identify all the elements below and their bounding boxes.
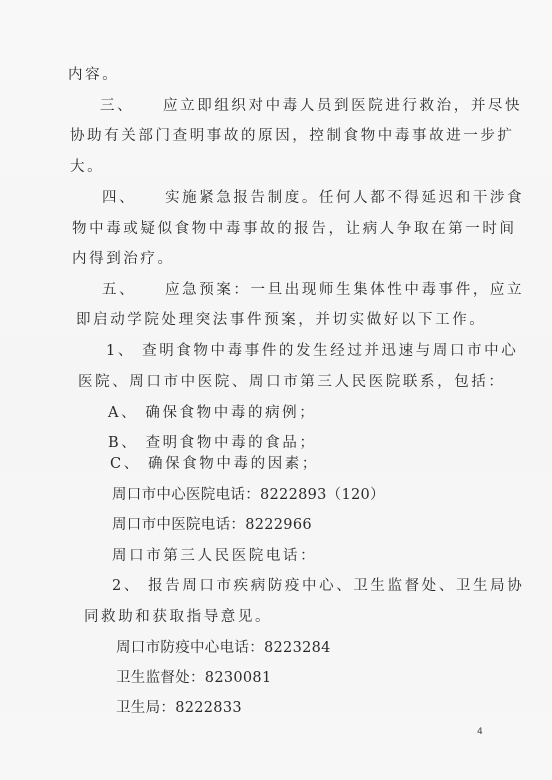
phone-central-hospital: 周口市中心医院电话：8222893（120）	[112, 486, 385, 504]
list-item-a: A、 确保食物中毒的病例；	[108, 404, 316, 422]
text-line: 大。	[70, 158, 104, 176]
list-item-2: 2、 报告周口市疾病防疫中心、卫生监督处、卫生局协	[112, 577, 524, 595]
text-line: 即启动学院处理突法事件预案，并切实做好以下工作。	[76, 311, 486, 329]
text-line: 物中毒或疑似食物中毒事故的报告，让病人争取在第一时间	[72, 220, 517, 238]
text-line: 内容。	[68, 66, 119, 84]
section-heading-4: 四、 实施紧急报告制度。任何人都不得延迟和干涉食	[102, 189, 524, 207]
text-line: 同救助和获取指导意见。	[84, 608, 272, 626]
section-heading-5: 五、 应急预案：一旦出现师生集体性中毒事件，应立	[102, 281, 524, 299]
phone-health-supervision: 卫生监督处：8230081	[116, 669, 271, 687]
phone-health-bureau: 卫生局：8222833	[116, 699, 242, 717]
text-line: 协助有关部门查明事故的原因，控制食物中毒事故进一步扩	[70, 127, 515, 145]
text-line: 医院、周口市中医院、周口市第三人民医院联系，包括：	[78, 373, 506, 391]
section-heading-3: 三、 应立即组织对中毒人员到医院进行救治，并尽快	[100, 97, 522, 115]
document-page: 内容。 三、 应立即组织对中毒人员到医院进行救治，并尽快 协助有关部门查明事故的…	[0, 0, 552, 780]
page-number: 4	[477, 727, 483, 737]
list-item-c: C、 确保食物中毒的因素；	[110, 455, 319, 473]
list-item-b: B、 查明食物中毒的食品；	[108, 434, 317, 452]
phone-epidemic-center: 周口市防疫中心电话：8223284	[116, 639, 331, 657]
list-item-1: 1、 查明食物中毒事件的发生经过并迅速与周口市中心	[106, 342, 518, 360]
text-line: 内得到治疗。	[72, 250, 175, 268]
phone-tcm-hospital: 周口市中医院电话：8222966	[112, 516, 312, 534]
phone-third-hospital: 周口市第三人民医院电话：	[112, 547, 317, 565]
